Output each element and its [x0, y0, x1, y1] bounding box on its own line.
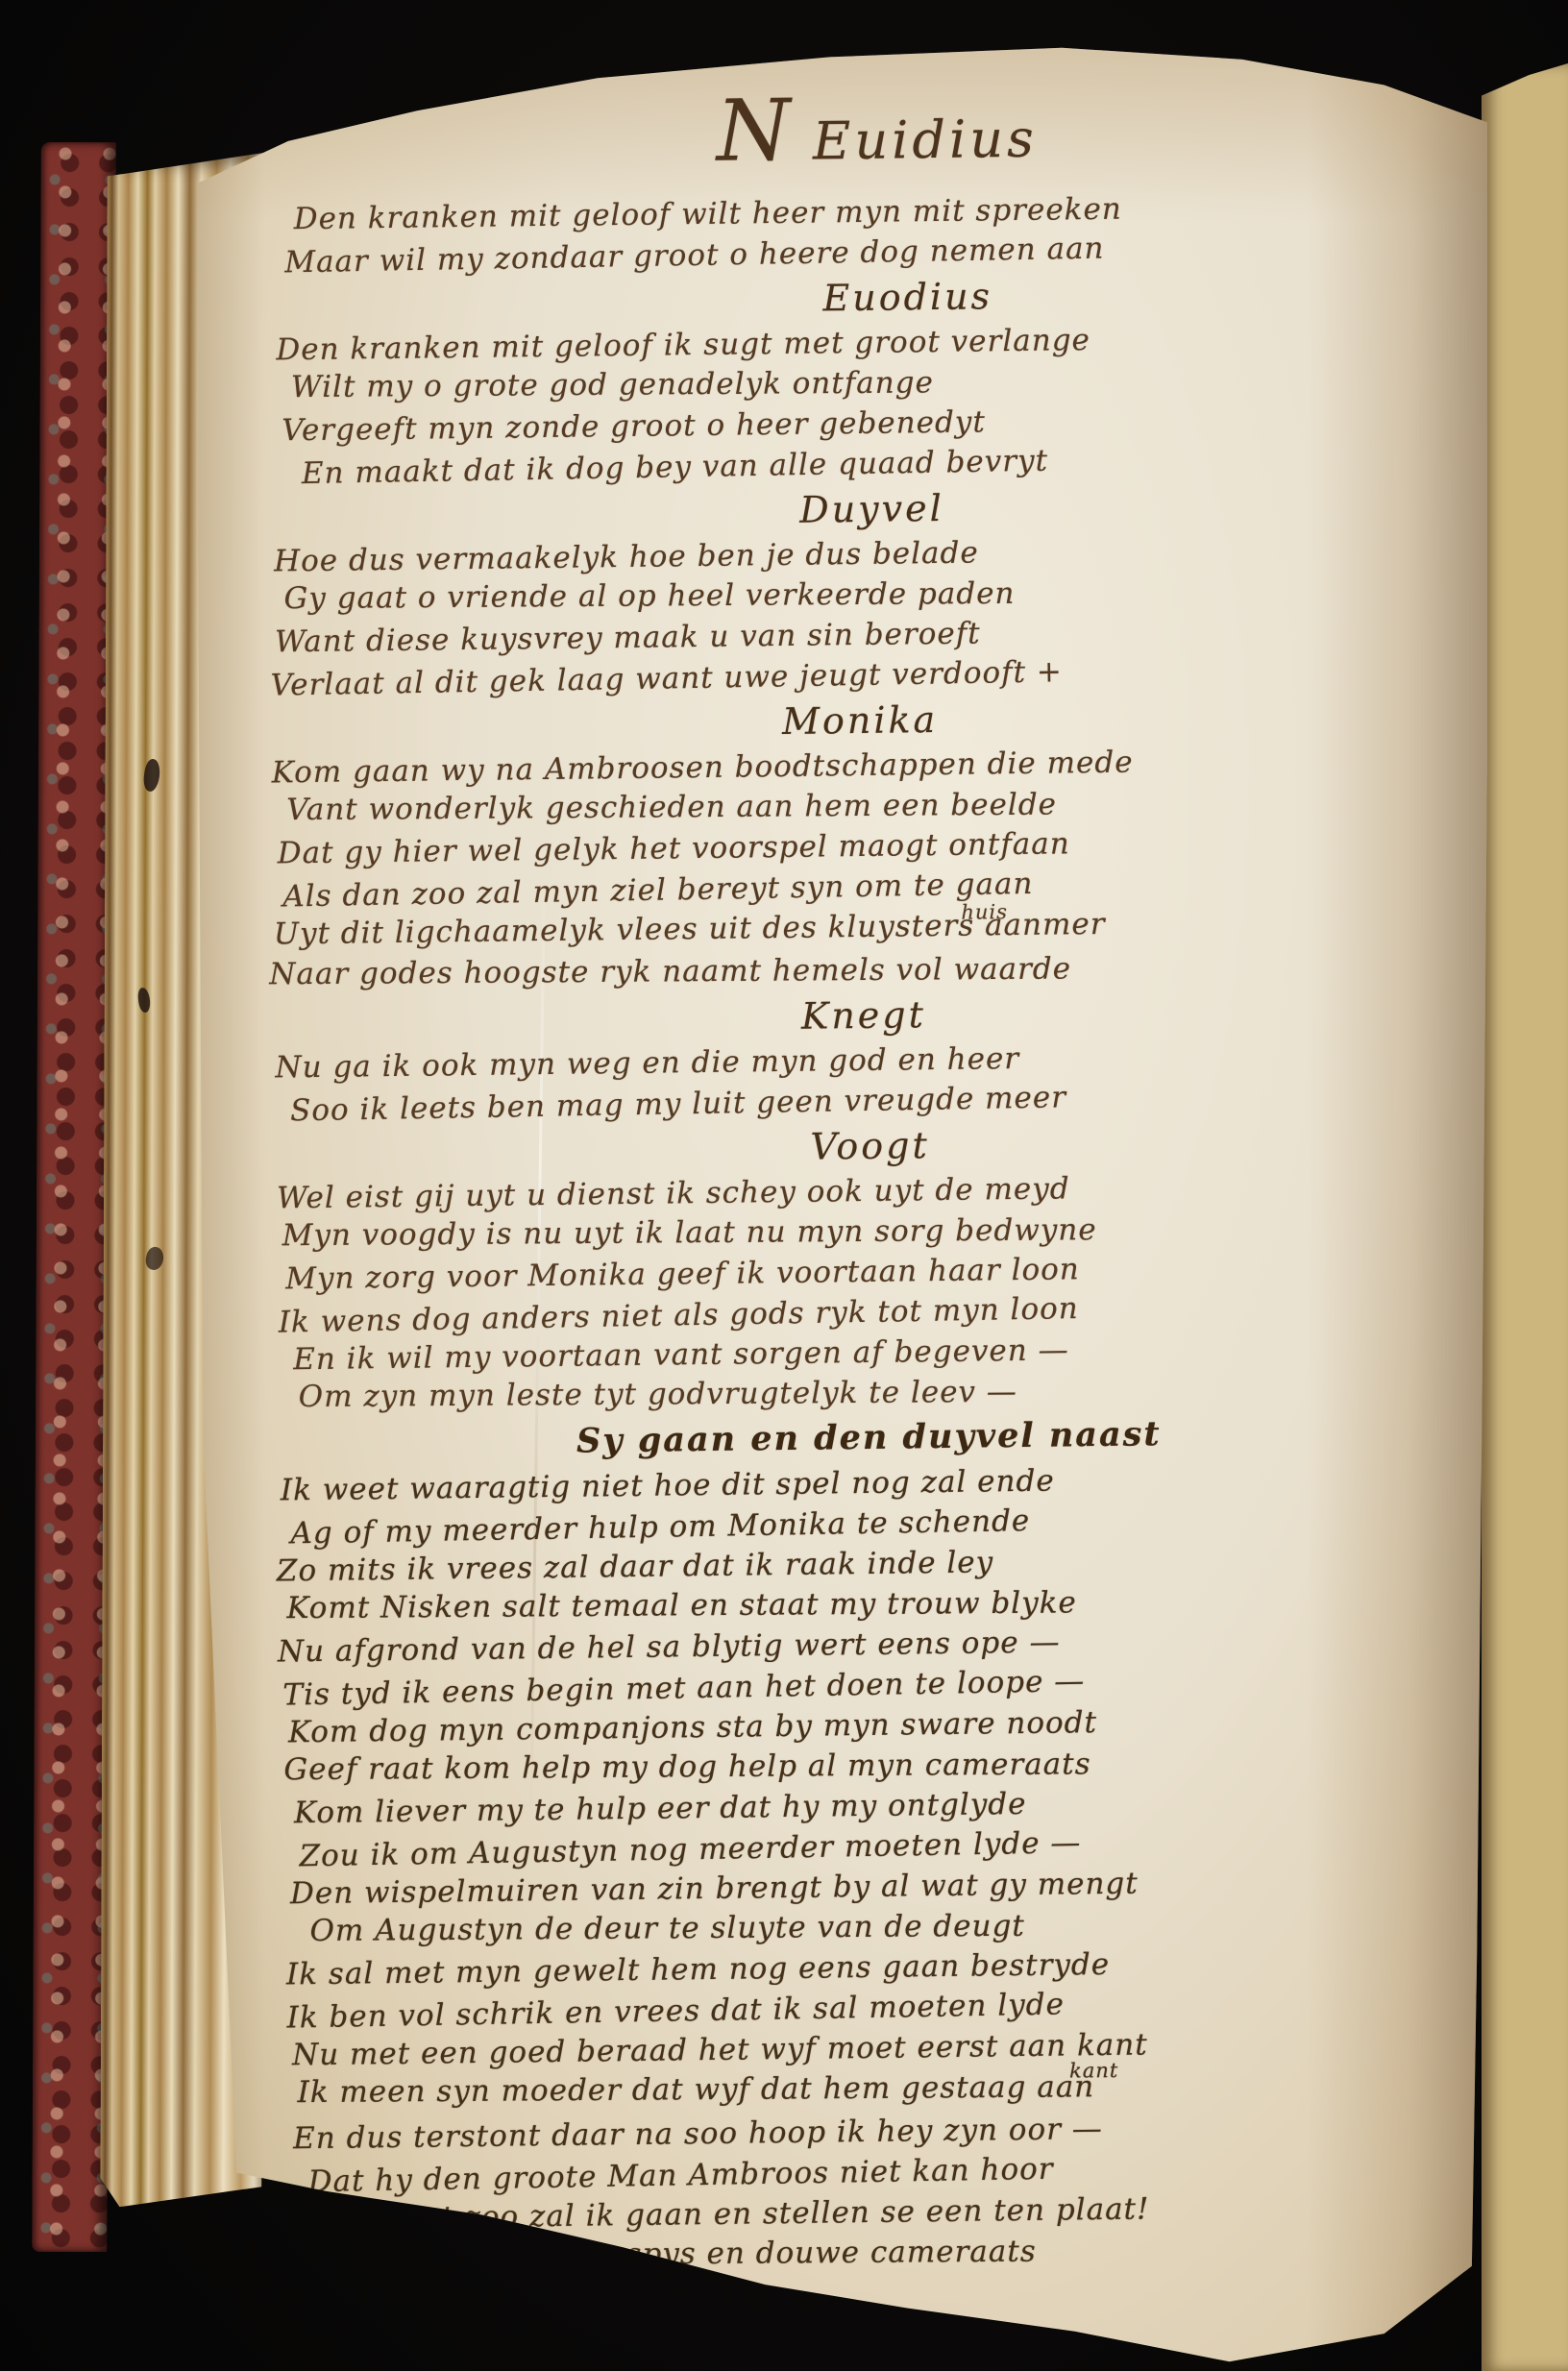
- verse-line: Om Augustyn de deur te sluyte van de deu…: [309, 1903, 1454, 1951]
- manuscript-page: N Euidius Den kranken mit geloof wilt he…: [198, 38, 1487, 2371]
- interlinear-note-kant: kant: [1069, 2059, 1118, 2082]
- verse-line-text: Ik meen syn moeder dat wyf dat hem gesta…: [297, 2069, 1094, 2110]
- verse-line: Vant wonderlyk geschieden aan hem een be…: [286, 782, 1440, 830]
- verse-line: Myn voogdy is nu uyt ik laat nu myn sorg…: [282, 1208, 1446, 1256]
- verse-line: Al t onse vrouwe spys en douwe cameraats: [347, 2229, 1458, 2277]
- manuscript-photo: N Euidius Den kranken mit geloof wilt he…: [0, 0, 1568, 2371]
- verse-line: Ik meen syn moeder dat wyf dat hem gesta…: [297, 2065, 1456, 2115]
- facing-page-edge: [1482, 63, 1568, 2371]
- verse-line: Om zyn myn leste tyt godvrugtelyk te lee…: [299, 1369, 1448, 1417]
- verse-line: Naar godes hoogste ryk naamt hemels vol …: [269, 946, 1442, 995]
- verse-line: Gy gaat o vriende al op heel verkeerde p…: [283, 571, 1437, 619]
- interlinear-note-huis: huis: [961, 900, 1008, 924]
- verse-line: Wilt my o grote god genadelyk ontfange: [291, 359, 1435, 407]
- verse-line: Komt Nisken salt temaal en staat my trou…: [286, 1580, 1450, 1628]
- scene-heading: N Euidius: [321, 82, 1433, 189]
- verse-line: Geef raat kom help my dog help al myn ca…: [283, 1742, 1452, 1790]
- manuscript-text: N Euidius Den kranken mit geloof wilt he…: [263, 82, 1458, 2281]
